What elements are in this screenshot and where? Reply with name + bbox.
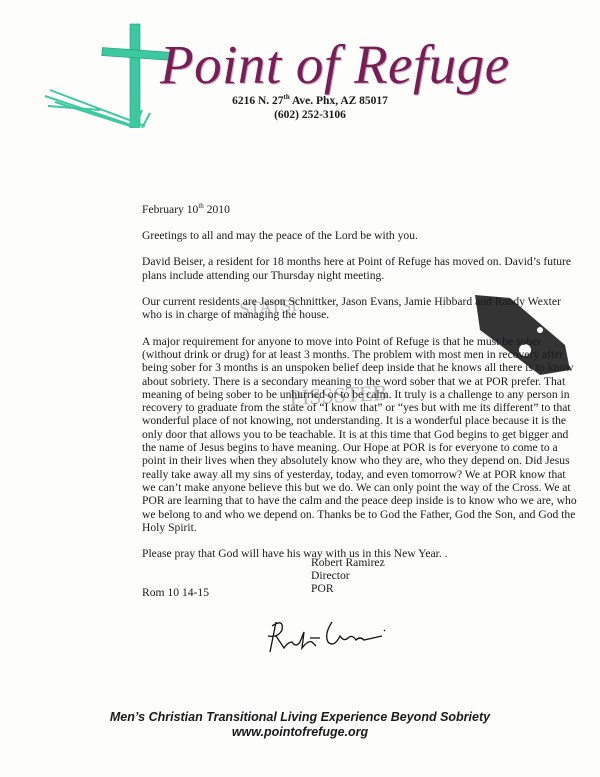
departure-paragraph: David Beiser, a resident for 18 months h… [142, 255, 582, 282]
phone-number: (602) 252-3106 [200, 108, 420, 122]
letter-date: February 10th 2010 [142, 200, 582, 216]
cross-with-grass-icon [30, 18, 180, 128]
signature-block: Robert Ramirez Director POR [311, 556, 385, 595]
signer-name: Robert Ramirez [311, 556, 385, 569]
requirement-paragraph: A major requirement for anyone to move i… [142, 335, 582, 534]
letterhead-address: 6216 N. 27th Ave. Phx, AZ 85017 (602) 25… [200, 90, 420, 122]
footer: Men’s Christian Transitional Living Expe… [0, 710, 600, 740]
handwritten-signature-icon [262, 612, 392, 657]
greeting-paragraph: Greetings to all and may the peace of th… [142, 229, 582, 242]
footer-website[interactable]: www.pointofrefuge.org [0, 725, 600, 740]
signer-title: Director [311, 569, 385, 582]
address-line: 6216 N. 27th Ave. Phx, AZ 85017 [200, 90, 420, 108]
signer-org: POR [311, 582, 385, 595]
residents-paragraph: Our current residents are Jason Schnittk… [142, 295, 582, 322]
organization-name: Point of Refuge [160, 33, 510, 96]
letter-body: February 10th 2010 Greetings to all and … [142, 200, 582, 613]
footer-tagline: Men’s Christian Transitional Living Expe… [0, 710, 600, 725]
